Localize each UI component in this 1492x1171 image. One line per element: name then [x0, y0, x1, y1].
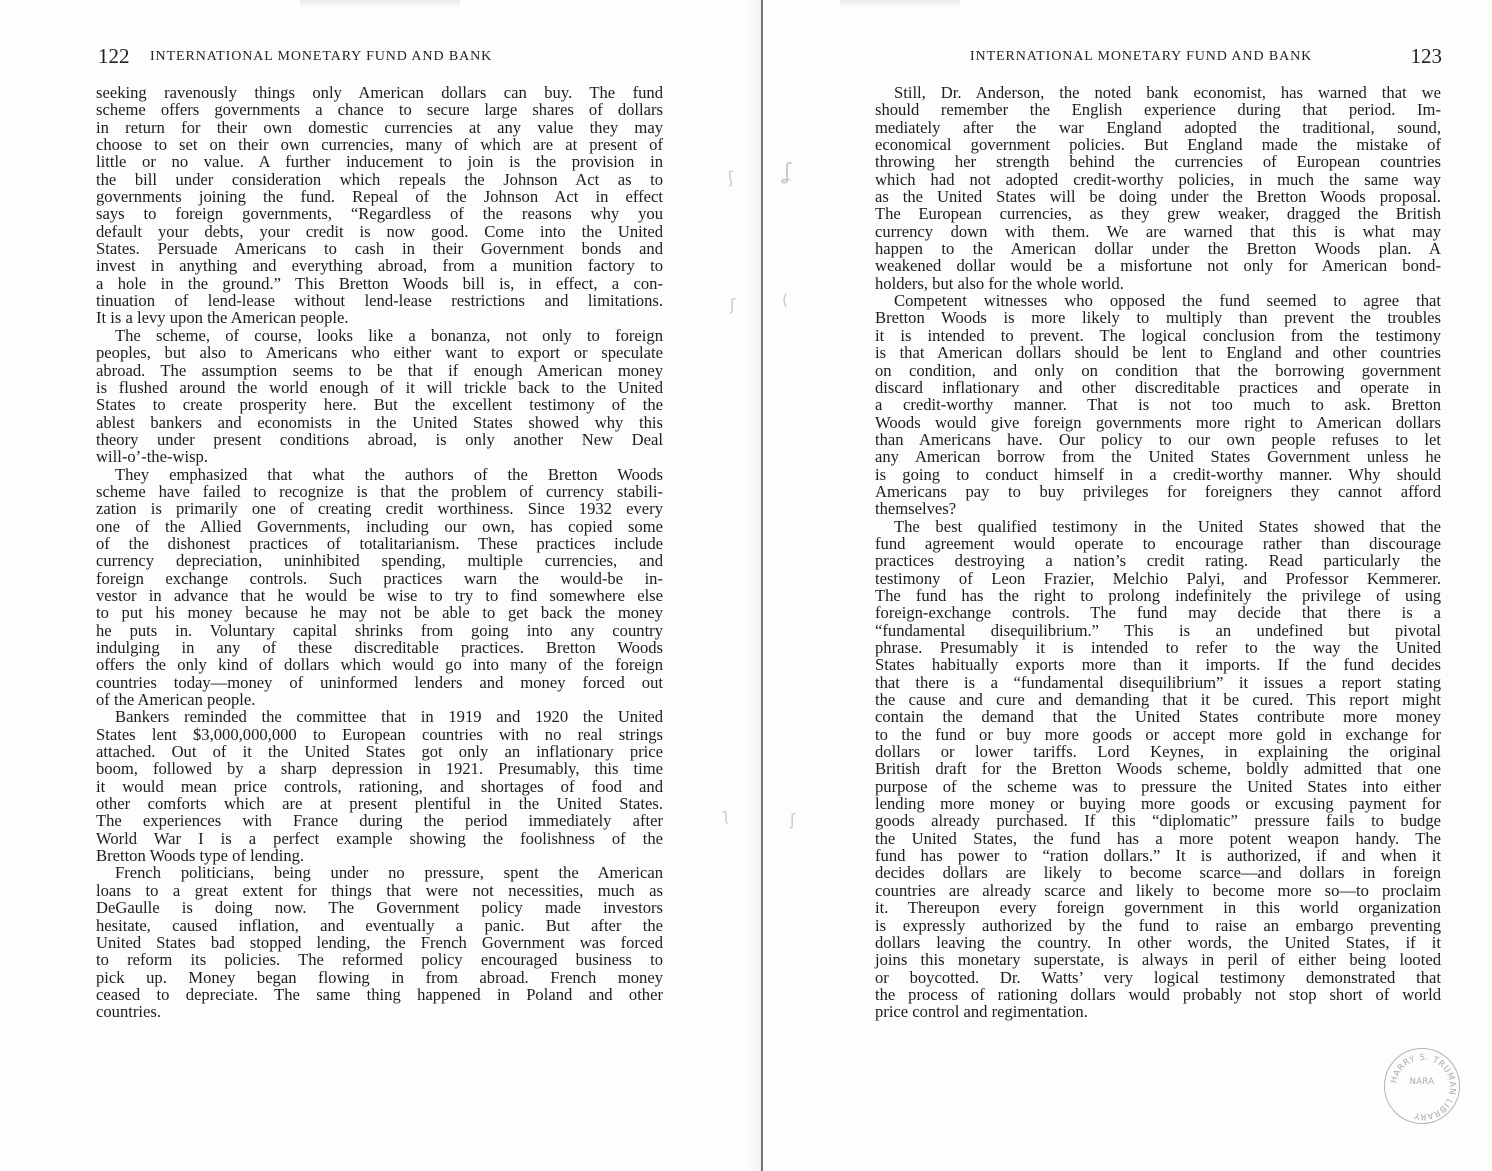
text-line: They emphasized that what the authors of… — [96, 466, 663, 483]
text-line: mediately after the war England adopted … — [875, 119, 1441, 136]
text-line: dollars leaving the country. In other wo… — [875, 934, 1441, 951]
text-line: The European currencies, as they grew we… — [875, 205, 1441, 222]
text-line: one of the Allied Governments, including… — [96, 518, 663, 535]
text-line: peoples, but also to Americans who eithe… — [96, 344, 663, 361]
paragraph: Competent witnesses who opposed the fund… — [875, 292, 1441, 517]
text-line: theory under present conditions abroad, … — [96, 431, 663, 448]
text-line: States habitually exports more than it i… — [875, 656, 1441, 673]
text-line: United States bad stopped lending, the F… — [96, 934, 663, 951]
text-line: is flushed around the world enough of it… — [96, 379, 663, 396]
text-line: ablest bankers and economists in the Uni… — [96, 414, 663, 431]
text-line: purpose of the scheme was to pressure th… — [875, 778, 1441, 795]
text-line: Americans pay to buy privileges for fore… — [875, 483, 1441, 500]
pencil-mark-icon: ʃ — [730, 295, 735, 314]
text-line: discard inflationary and other discredit… — [875, 379, 1441, 396]
text-line: abroad. The assumption seems to be that … — [96, 362, 663, 379]
pencil-mark-icon: ʅ — [722, 805, 729, 824]
text-line: practices destroying a nation’s credit r… — [875, 552, 1441, 569]
text-line: zation is primarily one of creating cred… — [96, 500, 663, 517]
text-line: governments joining the fund. Repeal of … — [96, 188, 663, 205]
text-line: fund agreement would operate to encourag… — [875, 535, 1441, 552]
text-line: default your debts, your credit is now g… — [96, 223, 663, 240]
text-line: indulging in any of these discreditable … — [96, 639, 663, 656]
text-line: The fund has the right to prolong indefi… — [875, 587, 1441, 604]
text-line: will-o’-the-wisp. — [96, 448, 663, 465]
text-line: any American borrow from the United Stat… — [875, 448, 1441, 465]
text-line: The experiences with France during the p… — [96, 812, 663, 829]
text-line: DeGaulle is doing now. The Government po… — [96, 899, 663, 916]
text-line: contain the demand that the United State… — [875, 708, 1441, 725]
text-line: a hole in the ground.” This Bretton Wood… — [96, 275, 663, 292]
text-line: States to create prosperity here. But th… — [96, 396, 663, 413]
paragraph: The scheme, of course, looks like a bona… — [96, 327, 663, 466]
text-line: it is intended to prevent. The logical c… — [875, 327, 1441, 344]
text-line: which had not adopted credit-worthy poli… — [875, 171, 1441, 188]
paragraph: They emphasized that what the authors of… — [96, 466, 663, 709]
text-line: holders, but also for the whole world. — [875, 275, 1441, 292]
text-line: invest in anything and everything abroad… — [96, 257, 663, 274]
text-line: Competent witnesses who opposed the fund… — [875, 292, 1441, 309]
stamp-ring-icon: HARRY S. TRUMAN LIBRARY — [1385, 1049, 1461, 1125]
text-line: to reform its policies. The reformed pol… — [96, 951, 663, 968]
text-line: “fundamental disequilibrium.” This is an… — [875, 622, 1441, 639]
text-line: phrase. Presumably it is intended to ref… — [875, 639, 1441, 656]
left-page-body-text: seeking ravenously things only American … — [96, 84, 663, 1021]
text-line: throwing her strength behind the currenc… — [875, 153, 1441, 170]
text-line: vestor in advance that he would be wise … — [96, 587, 663, 604]
text-line: countries are already scarce and likely … — [875, 882, 1441, 899]
running-title-left: INTERNATIONAL MONETARY FUND AND BANK — [150, 47, 492, 67]
paragraph: Bankers reminded the committee that in 1… — [96, 708, 663, 864]
text-line: States lent $3,000,000,000 to European c… — [96, 726, 663, 743]
stamp-center-text: NARA — [1385, 1077, 1459, 1087]
text-line: of the dishonest practices of totalitari… — [96, 535, 663, 552]
text-line: scheme offers governments a chance to se… — [96, 101, 663, 118]
text-line: in return for their own domestic currenc… — [96, 119, 663, 136]
text-line: economical government policies. But Engl… — [875, 136, 1441, 153]
left-page: 122 INTERNATIONAL MONETARY FUND AND BANK… — [0, 0, 760, 1171]
text-line: countries today—money of uninformed lend… — [96, 674, 663, 691]
text-line: foreign-exchange controls. The fund may … — [875, 604, 1441, 621]
text-line: It is a levy upon the American people. — [96, 309, 663, 326]
right-page: INTERNATIONAL MONETARY FUND AND BANK 123… — [764, 0, 1492, 1171]
svg-text:HARRY S. TRUMAN LIBRARY: HARRY S. TRUMAN LIBRARY — [1389, 1053, 1457, 1121]
paragraph: French politicians, being under no press… — [96, 864, 663, 1020]
text-line: he puts in. Voluntary capital shrinks fr… — [96, 622, 663, 639]
text-line: Bretton Woods is more likely to multiply… — [875, 309, 1441, 326]
text-line: fund has power to “ration dollars.” It i… — [875, 847, 1441, 864]
text-line: the cause and cure and demanding that it… — [875, 691, 1441, 708]
text-line: British draft for the Bretton Woods sche… — [875, 760, 1441, 777]
text-line: the United States, the fund has a more p… — [875, 830, 1441, 847]
running-title-right: INTERNATIONAL MONETARY FUND AND BANK — [970, 47, 1312, 67]
text-line: offers the only kind of dollars which wo… — [96, 656, 663, 673]
text-line: price control and regimentation. — [875, 1003, 1441, 1020]
text-line: the bill under consideration which repea… — [96, 171, 663, 188]
left-running-head: 122 INTERNATIONAL MONETARY FUND AND BANK — [98, 44, 664, 68]
text-line: World War I is a perfect example showing… — [96, 830, 663, 847]
text-line: themselves? — [875, 500, 1441, 517]
text-line: The best qualified testimony in the Unit… — [875, 518, 1441, 535]
text-line: that there is a “fundamental disequilibr… — [875, 674, 1441, 691]
text-line: or boycotted. Dr. Watts’ very logical te… — [875, 969, 1441, 986]
text-line: seeking ravenously things only American … — [96, 84, 663, 101]
text-line: to the fund or buy more goods or accept … — [875, 726, 1441, 743]
text-line: as the United States will be doing under… — [875, 188, 1441, 205]
text-line: pick up. Money began flowing in from abr… — [96, 969, 663, 986]
text-line: should remember the English experience d… — [875, 101, 1441, 118]
text-line: dollars or lower tariffs. Lord Keynes, i… — [875, 743, 1441, 760]
text-line: weakened dollar would be a misfortune no… — [875, 257, 1441, 274]
text-line: it. Thereupon every foreign government i… — [875, 899, 1441, 916]
text-line: foreign exchange controls. Such practice… — [96, 570, 663, 587]
text-line: to put his money because he may not be a… — [96, 604, 663, 621]
text-line: goods already purchased. If this “diplom… — [875, 812, 1441, 829]
text-line: Woods would give foreign governments mor… — [875, 414, 1441, 431]
gutter-shadow — [748, 0, 762, 1171]
text-line: French politicians, being under no press… — [96, 864, 663, 881]
text-line: ceased to depreciate. The same thing hap… — [96, 986, 663, 1003]
text-line: than Americans have. Our policy to our o… — [875, 431, 1441, 448]
text-line: Bankers reminded the committee that in 1… — [96, 708, 663, 725]
text-line: little or no value. A further inducement… — [96, 153, 663, 170]
text-line: Still, Dr. Anderson, the noted bank econ… — [875, 84, 1441, 101]
paragraph: The best qualified testimony in the Unit… — [875, 518, 1441, 1021]
text-line: testimony of Leon Frazier, Melchio Palyi… — [875, 570, 1441, 587]
text-line: lending more money or buying more goods … — [875, 795, 1441, 812]
text-line: attached. Out of it the United States go… — [96, 743, 663, 760]
text-line: it would mean price controls, rationing,… — [96, 778, 663, 795]
text-line: currency depreciation, uninhibited spend… — [96, 552, 663, 569]
text-line: says to foreign governments, “Regardless… — [96, 205, 663, 222]
page-number-right: 123 — [1411, 44, 1443, 68]
book-gutter-fold — [761, 0, 763, 1171]
text-line: is expressly authorized by the fund to r… — [875, 917, 1441, 934]
right-running-head: INTERNATIONAL MONETARY FUND AND BANK 123 — [970, 44, 1436, 68]
text-line: currency down with them. We are warned t… — [875, 223, 1441, 240]
text-line: States. Persuade Americans to cash in th… — [96, 240, 663, 257]
text-line: The scheme, of course, looks like a bona… — [96, 327, 663, 344]
text-line: other comforts which are at present plen… — [96, 795, 663, 812]
text-line: loans to a great extent for things that … — [96, 882, 663, 899]
page-number-left: 122 — [98, 44, 130, 68]
text-line: is going to conduct himself in a credit-… — [875, 466, 1441, 483]
text-line: is that American dollars should be lent … — [875, 344, 1441, 361]
text-line: decides dollars are likely to become sca… — [875, 864, 1441, 881]
text-line: tinuation of lend-lease without lend-lea… — [96, 292, 663, 309]
paragraph: seeking ravenously things only American … — [96, 84, 663, 327]
text-line: a credit-worthy manner. That is not too … — [875, 396, 1441, 413]
text-line: joins this monetary superstate, is alway… — [875, 951, 1441, 968]
paragraph: Still, Dr. Anderson, the noted bank econ… — [875, 84, 1441, 292]
right-page-body-text: Still, Dr. Anderson, the noted bank econ… — [875, 84, 1441, 1021]
text-line: on condition, and only on condition that… — [875, 362, 1441, 379]
text-line: happen to the American dollar under the … — [875, 240, 1441, 257]
truman-library-stamp: HARRY S. TRUMAN LIBRARY NARA — [1384, 1048, 1460, 1124]
text-line: of the American people. — [96, 691, 663, 708]
text-line: boom, followed by a sharp depression in … — [96, 760, 663, 777]
book-spread-scan: 122 INTERNATIONAL MONETARY FUND AND BANK… — [0, 0, 1492, 1171]
text-line: scheme have failed to recognize is that … — [96, 483, 663, 500]
text-line: hesitate, caused inflation, and eventual… — [96, 917, 663, 934]
text-line: choose to set on their own currencies, m… — [96, 136, 663, 153]
text-line: countries. — [96, 1003, 663, 1020]
text-line: the process of rationing dollars would p… — [875, 986, 1441, 1003]
text-line: Bretton Woods type of lending. — [96, 847, 663, 864]
